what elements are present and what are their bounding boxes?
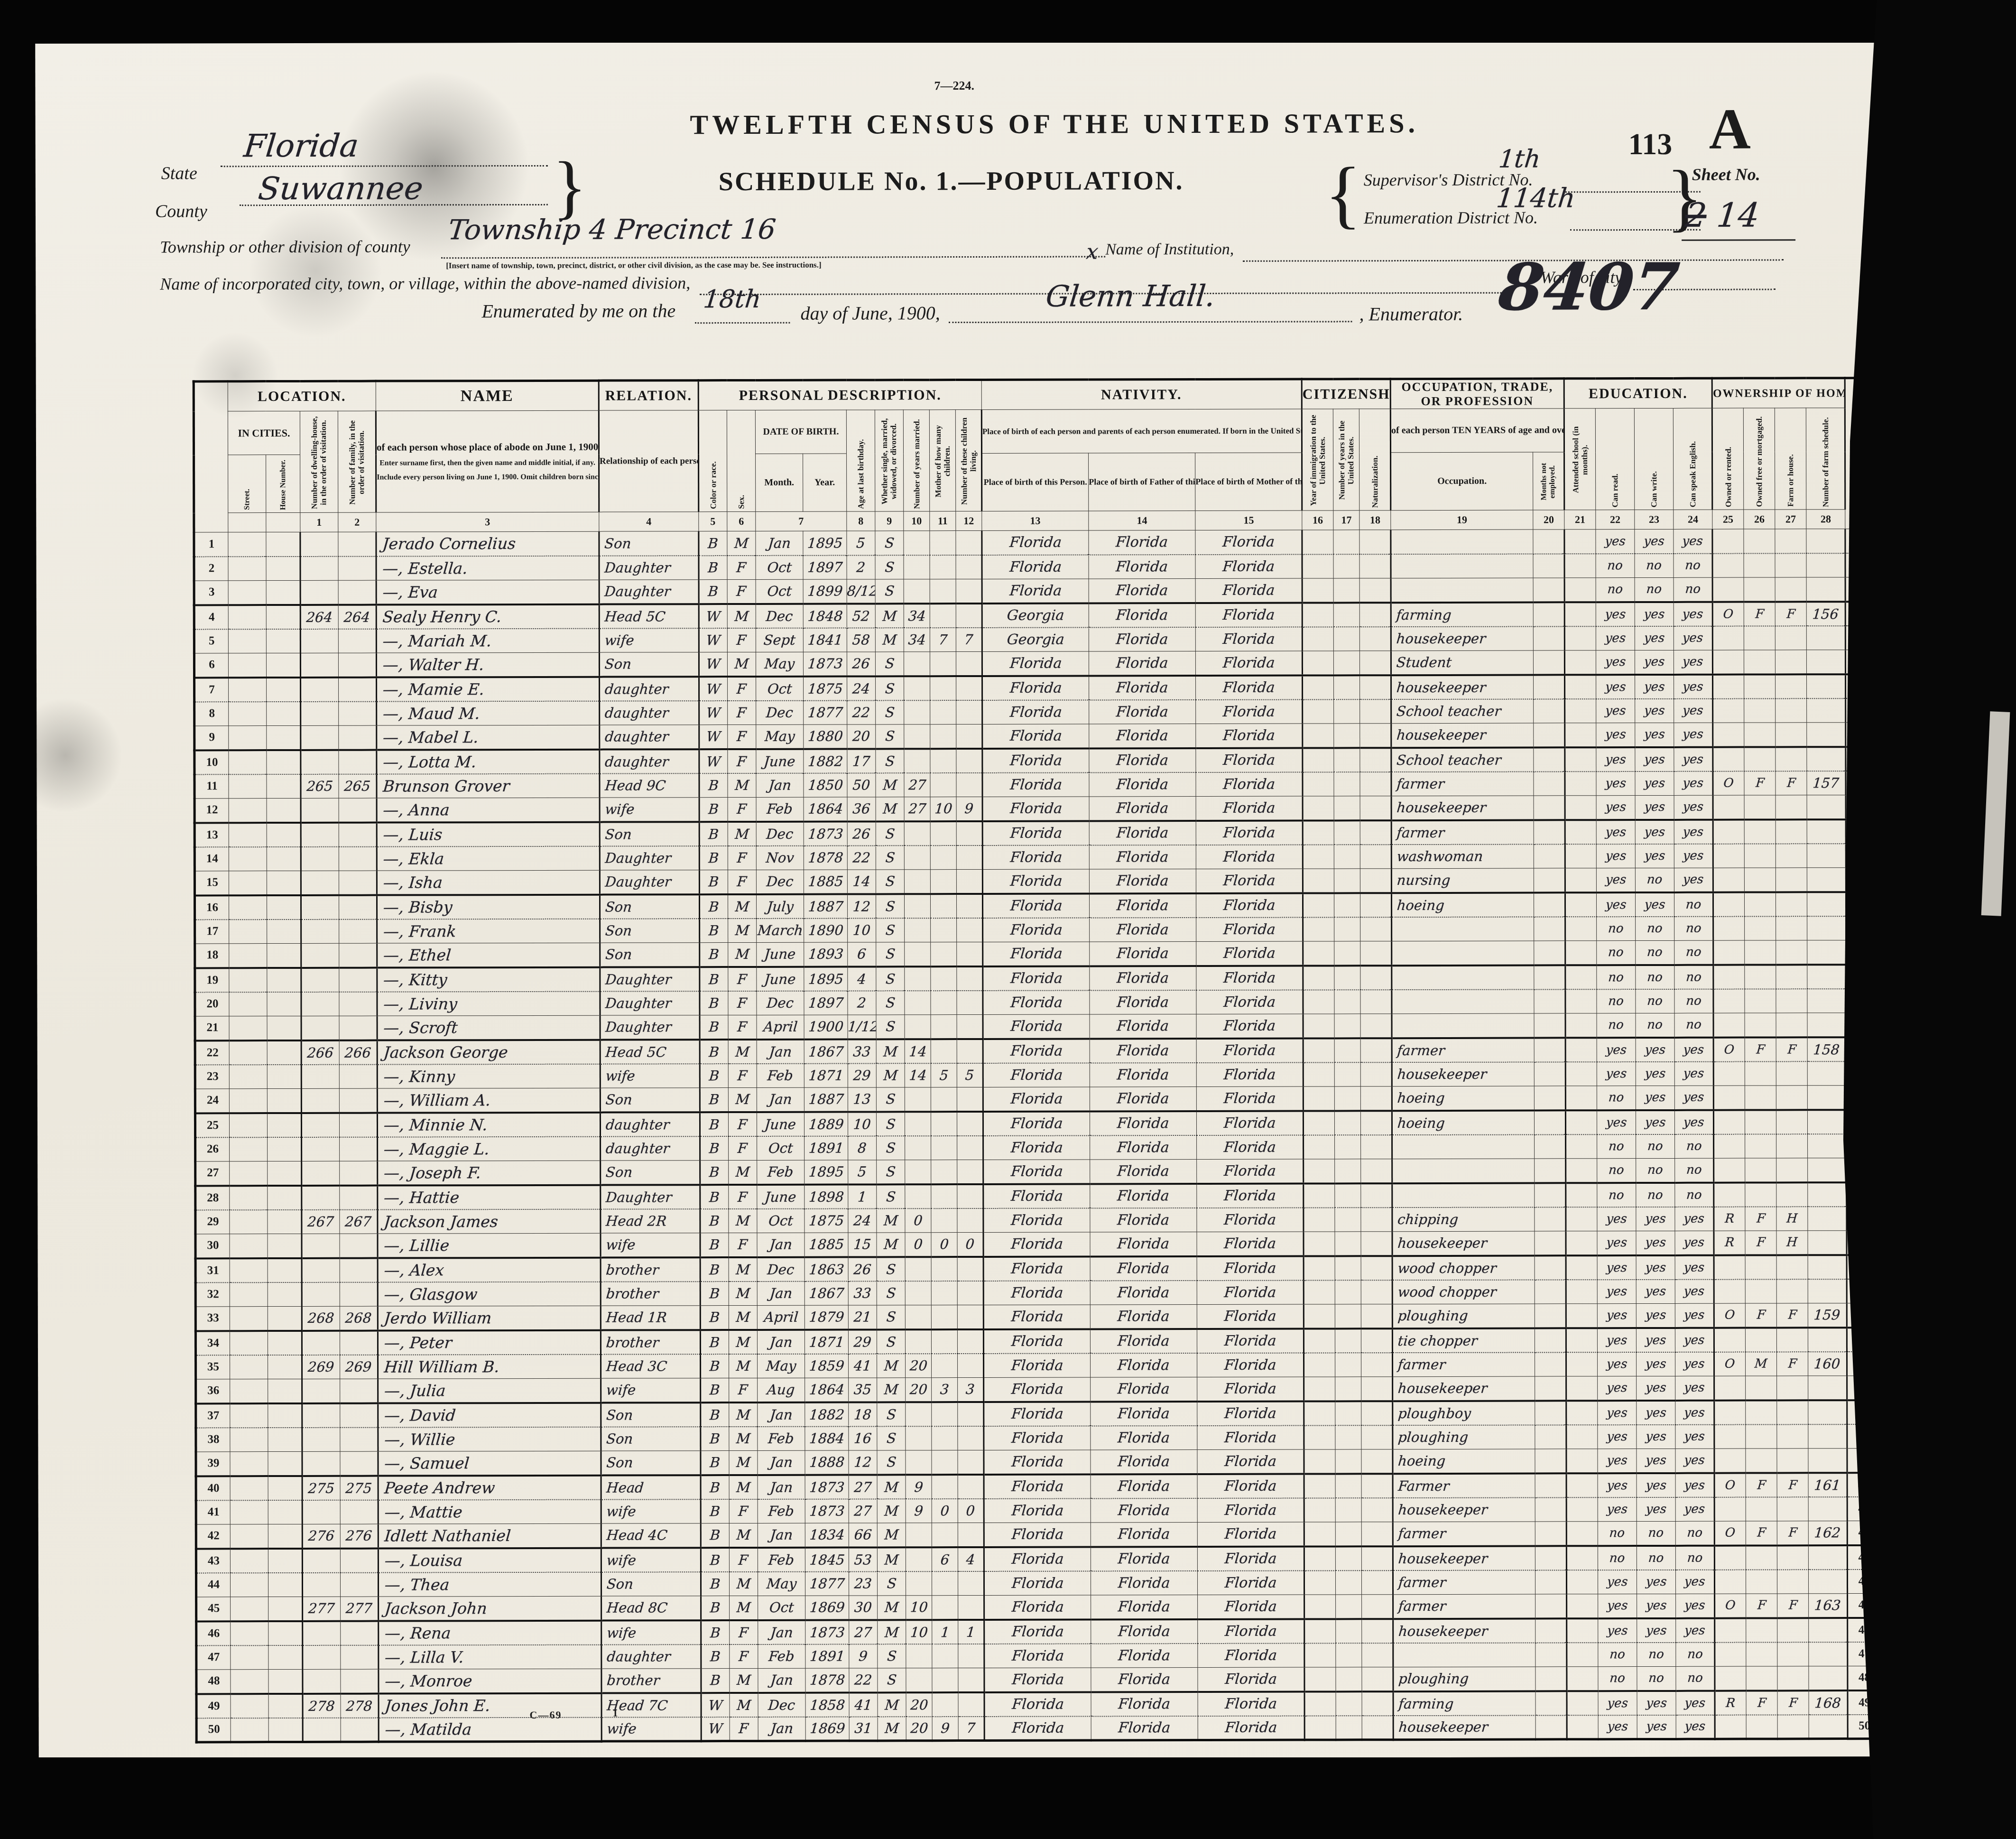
cell-rd: no (1597, 941, 1636, 965)
cell-mn (1534, 917, 1565, 941)
cell-yu (1335, 1449, 1361, 1474)
cell-of (1745, 1158, 1776, 1182)
cell-fs (1809, 1642, 1848, 1666)
cell-mc (930, 676, 956, 700)
cell-rd: yes (1598, 1594, 1637, 1618)
cell-pb: Florida (982, 724, 1089, 748)
cell-race: B (700, 1330, 729, 1354)
cell-as (1565, 747, 1596, 771)
cell-pb: Florida (982, 797, 1089, 821)
cell-en: yes (1674, 626, 1712, 650)
cell-hn (267, 1113, 301, 1137)
cell-mar: S (876, 894, 904, 918)
cell-mc: 9 (932, 1717, 958, 1741)
cell-ow (1712, 626, 1744, 650)
cell-cl (957, 1281, 983, 1305)
cell-na (1361, 1498, 1393, 1522)
cell-sex: M (729, 1523, 758, 1547)
cell-dw (301, 701, 339, 725)
cell-mo: March (757, 918, 804, 942)
cell-pf: Florida (1090, 966, 1196, 990)
cell-mn (1535, 1304, 1566, 1328)
table-row: 19—, KittyDaughterBFJune18954SFloridaFlo… (195, 964, 1880, 992)
cell-wr: no (1636, 1182, 1675, 1207)
cell-mn (1535, 1643, 1567, 1667)
cell-fs: 160 (1808, 1352, 1847, 1376)
cell-fam: 265 (339, 774, 377, 798)
cell-as (1566, 1304, 1597, 1328)
cell-en: yes (1676, 1690, 1715, 1715)
cell-rd: yes (1598, 1570, 1637, 1594)
cell-as (1565, 941, 1597, 965)
cell-fam (338, 653, 376, 677)
institution-label: Name of Institution, (1105, 241, 1234, 259)
cell-num: 40 (196, 1476, 230, 1500)
cell-num: 12 (194, 799, 229, 823)
cell-rel: Head 2R (601, 1209, 700, 1233)
table-row: 32—, GlasgowbrotherBMJan186733SFloridaFl… (195, 1279, 1881, 1306)
col-can-english: Can speak English. (1673, 408, 1712, 510)
cell-age: 31 (849, 1717, 878, 1741)
cell-wr: yes (1635, 650, 1674, 674)
cell-st (229, 968, 267, 992)
group-ownership: OWNERSHIP OF HOME. (1712, 378, 1845, 409)
cell-im (1304, 1304, 1335, 1328)
cell-num: 9 (194, 726, 229, 750)
cell-fs (1806, 553, 1845, 577)
cell-mc (930, 821, 956, 845)
cell-of (1745, 1086, 1776, 1110)
cell-of (1744, 577, 1775, 602)
cell-as (1566, 1425, 1598, 1449)
cell-en: no (1675, 1158, 1714, 1182)
cell-mar: M (877, 1378, 906, 1402)
cell-mc (931, 1305, 957, 1329)
cell-st (229, 992, 267, 1016)
cell-pb: Florida (983, 942, 1090, 966)
cell-dw (301, 750, 339, 774)
cell-mn (1535, 1594, 1567, 1618)
cell-name: —, Maggie L. (378, 1136, 601, 1161)
col-pob-mother: Place of birth of Mother of this person. (1195, 453, 1302, 511)
cell-fs (1808, 1231, 1847, 1255)
cell-ow (1713, 916, 1745, 940)
cell-as (1565, 820, 1596, 844)
cell-na (1360, 699, 1391, 724)
cell-ow: O (1713, 1037, 1745, 1061)
cell-dw: 265 (301, 774, 339, 798)
cell-hn (267, 943, 301, 967)
cell-ym (906, 1523, 932, 1547)
cell-im (1302, 627, 1333, 651)
cell-rel: Son (601, 1451, 701, 1475)
cell-pb: Florida (984, 1377, 1091, 1402)
cell-rd: no (1597, 1134, 1636, 1159)
cell-mo: June (757, 1112, 804, 1136)
cell-mar: S (876, 942, 905, 966)
cell-age: 33 (848, 1039, 876, 1063)
cell-wr: no (1636, 1158, 1675, 1182)
cell-fh (1776, 1110, 1808, 1134)
cell-pb: Florida (984, 1450, 1091, 1474)
cell-fh (1776, 1086, 1807, 1110)
table-row: 44—, TheaSonBMMay187723SFloridaFloridaFl… (196, 1569, 1881, 1597)
column-number: 20 (1533, 510, 1564, 529)
cell-im (1303, 1087, 1334, 1111)
cell-name: —, Liviny (377, 991, 600, 1016)
cell-mc (932, 1571, 958, 1596)
cell-of: F (1744, 771, 1776, 795)
cell-pf: Florida (1089, 651, 1195, 676)
cell-sex: F (729, 1184, 757, 1208)
cell-yu (1336, 1716, 1362, 1740)
cell-pb: Florida (984, 1668, 1091, 1692)
cell-mc: 1 (932, 1620, 958, 1644)
cell-mo: May (758, 1354, 805, 1378)
cell-mar: S (877, 1160, 905, 1184)
cell-ym (906, 1402, 932, 1426)
cell-rd: yes (1596, 723, 1635, 747)
cell-dw (301, 1064, 339, 1088)
cell-mn (1535, 1618, 1567, 1643)
cell-as (1565, 1086, 1597, 1110)
cell-im (1304, 1377, 1335, 1401)
cell-ym (904, 700, 930, 724)
column-number: 27 (1775, 510, 1806, 529)
cell-na (1362, 1667, 1393, 1691)
cell-dw (301, 822, 339, 846)
table-row: 38—, WillieSonBMFeb188416SFloridaFlorida… (196, 1424, 1881, 1451)
cell-mar: S (877, 1305, 905, 1329)
cell-cl: 4 (958, 1547, 984, 1571)
cell-age: 21 (848, 1305, 877, 1329)
cell-pm: Florida (1196, 724, 1303, 748)
column-number: 10 (904, 511, 930, 531)
cell-st (231, 1670, 268, 1694)
cell-age: 1/12 (848, 1015, 876, 1039)
cell-rd: no (1597, 917, 1636, 941)
cell-race: W (699, 701, 728, 725)
cell-yu (1336, 1691, 1362, 1716)
cell-mo: Jan (758, 1523, 805, 1547)
group-personal: PERSONAL DESCRIPTION. (698, 380, 981, 410)
cell-race: B (700, 1015, 728, 1040)
cell-ow (1712, 650, 1744, 674)
cell-of (1745, 1328, 1776, 1352)
cell-hn (268, 1718, 303, 1742)
cell-na (1360, 990, 1392, 1014)
cell-mc: 3 (932, 1378, 958, 1402)
cell-fam: 267 (340, 1209, 378, 1234)
cell-pm: Florida (1196, 893, 1303, 917)
cell-pf: Florida (1090, 1232, 1197, 1256)
cell-fs (1807, 965, 1846, 989)
plate-mark-2: 1 (613, 1707, 619, 1719)
col-farm-schedule: Number of farm schedule. (1806, 408, 1845, 510)
cell-dw (301, 1088, 339, 1113)
cell-rel: brother (601, 1257, 700, 1282)
cell-sex: F (729, 1233, 757, 1257)
col-mother-children: Mother of how many children. (929, 410, 955, 511)
state-label: State (161, 163, 197, 184)
cell-mc (931, 1015, 957, 1039)
cell-cl (958, 1571, 984, 1595)
cell-fh (1776, 965, 1807, 989)
cell-sex: F (729, 1136, 757, 1160)
cell-pf: Florida (1091, 1716, 1198, 1740)
cell-mn (1534, 771, 1565, 796)
cell-as (1567, 1667, 1598, 1691)
cell-yr: 1887 (804, 894, 847, 918)
table-row: 7—, Mamie E.daughterWFOct187524SFloridaF… (194, 674, 1880, 701)
cell-as (1567, 1618, 1598, 1643)
cell-as (1565, 1038, 1597, 1062)
cell-st (229, 702, 267, 726)
cell-en: no (1674, 1013, 1713, 1037)
cell-ow (1714, 1376, 1746, 1400)
cell-of: F (1744, 602, 1775, 626)
cell-ow: R (1714, 1207, 1745, 1231)
cell-pf: Florida (1090, 1087, 1196, 1111)
cell-st (228, 557, 266, 581)
cell-yu (1336, 1595, 1362, 1619)
cell-pf: Florida (1091, 1691, 1198, 1716)
cell-st (231, 1694, 268, 1718)
cell-rd: no (1598, 1522, 1637, 1546)
sheet-value: 2 14 (1683, 196, 1761, 235)
cell-as (1566, 1352, 1598, 1376)
cell-fh (1776, 916, 1807, 940)
cell-rel: Head 3C (601, 1354, 701, 1378)
cell-cl (958, 1595, 984, 1619)
cell-as (1565, 989, 1597, 1013)
table-row: 6—, Walter H.SonWMMay187326SFloridaFlori… (194, 650, 1879, 677)
cell-fs (1809, 1570, 1848, 1594)
table-row: 40275275Peete AndrewHeadBMJan187327M9Flo… (196, 1472, 1881, 1500)
cell-of (1746, 1666, 1777, 1690)
cell-age: 2 (848, 991, 876, 1015)
cell-pb: Florida (983, 990, 1090, 1014)
cell-hn (267, 1064, 301, 1088)
cell-rel: Head 9C (600, 773, 699, 798)
col-attended: Attended school (in months). (1564, 409, 1595, 510)
cell-pm: Florida (1195, 603, 1302, 627)
cell-name: Jackson John (379, 1596, 601, 1621)
cell-as (1564, 626, 1596, 650)
cell-fam (339, 677, 377, 701)
cell-ow (1712, 529, 1744, 553)
cell-fs (1807, 989, 1846, 1013)
cell-occ: housekeeper (1392, 1062, 1534, 1087)
cell-pf: Florida (1089, 724, 1196, 748)
enumerator-name-line (949, 321, 1352, 323)
cell-fam (340, 1185, 378, 1209)
cell-age: 8 (848, 1136, 877, 1160)
cell-pm: Florida (1195, 530, 1302, 554)
cell-sex: F (727, 628, 756, 652)
cell-en: yes (1676, 1715, 1715, 1739)
column-number: 13 (982, 511, 1089, 530)
cell-race: W (699, 749, 728, 773)
cell-yr: 1891 (805, 1644, 849, 1668)
cell-na (1361, 1135, 1392, 1159)
cell-fs: 162 (1808, 1521, 1847, 1545)
cell-num: 31 (195, 1258, 230, 1282)
cell-fh (1776, 795, 1807, 819)
cell-ow: O (1714, 1352, 1746, 1376)
cell-as (1566, 1183, 1597, 1207)
cell-st (230, 1355, 268, 1379)
cell-fam (338, 556, 376, 580)
cell-cl (957, 1039, 983, 1063)
cell-im (1304, 1522, 1335, 1546)
cell-mn (1534, 1013, 1565, 1038)
cell-mo: Jan (758, 1668, 805, 1692)
cell-dw (301, 943, 339, 967)
cell-wr: yes (1635, 723, 1674, 747)
col-pob-father: Place of birth of Father of this person. (1089, 453, 1195, 511)
cell-dw (302, 1451, 340, 1476)
cell-mc (930, 604, 956, 628)
cell-yu (1335, 1522, 1361, 1546)
cell-st (230, 1331, 268, 1355)
cell-mar: S (876, 845, 904, 870)
cell-rd: yes (1598, 1376, 1637, 1401)
cell-age: 26 (847, 652, 875, 676)
cell-ym (904, 870, 930, 894)
cell-yu (1334, 1111, 1360, 1135)
cell-mo: July (756, 894, 804, 918)
cell-race: B (700, 943, 728, 967)
cell-wr: yes (1635, 529, 1674, 553)
cell-yr: 1858 (805, 1692, 849, 1717)
cell-ym (905, 1112, 931, 1136)
cell-ym: 10 (906, 1596, 932, 1620)
cell-fs (1807, 844, 1846, 868)
cell-mn (1535, 1110, 1566, 1134)
cell-occ: ploughing (1393, 1425, 1535, 1449)
cell-rel: daughter (601, 1136, 700, 1161)
cell-pb: Florida (983, 1135, 1090, 1160)
cell-occ: housekeeper (1392, 1231, 1535, 1256)
cell-hn (267, 798, 301, 822)
cell-yr: 1845 (805, 1547, 849, 1571)
cell-cl (956, 869, 982, 893)
cell-sex: M (729, 1571, 758, 1596)
cell-cl (956, 845, 982, 869)
cell-wr: no (1635, 553, 1674, 577)
cell-rd: yes (1597, 1304, 1636, 1328)
cell-hn (267, 846, 301, 871)
cell-st (230, 1476, 268, 1500)
cell-fh: F (1777, 1594, 1809, 1618)
cell-na (1361, 1377, 1393, 1401)
cell-num: 5 (194, 629, 228, 653)
cell-age: 9 (849, 1644, 878, 1668)
cell-cl: 7 (958, 1716, 984, 1740)
cell-ow (1714, 1328, 1745, 1352)
cell-st (229, 799, 267, 823)
cell-ow (1713, 1061, 1745, 1086)
cell-im (1304, 1232, 1335, 1256)
cell-race: B (700, 991, 728, 1015)
cell-age: 5 (847, 531, 875, 555)
cell-im (1303, 699, 1334, 724)
cell-mar: S (876, 1112, 905, 1136)
cell-fh (1775, 529, 1806, 553)
cell-fs (1808, 1424, 1847, 1449)
cell-num: 48 (196, 1670, 231, 1694)
cell-num: 22 (195, 1040, 229, 1065)
cell-pb: Florida (983, 1208, 1090, 1232)
cell-fam (339, 701, 377, 725)
cell-pb: Florida (983, 1232, 1090, 1256)
cell-yr: 1873 (805, 1475, 849, 1499)
cell-hn (266, 604, 300, 629)
cell-na (1361, 1474, 1393, 1498)
supervisor-value: 1th (1498, 145, 1542, 173)
cell-rel: Son (600, 1088, 700, 1112)
cell-yr: 1882 (805, 1402, 849, 1426)
cell-mar: S (877, 1184, 905, 1208)
cell-num: 28 (195, 1186, 230, 1210)
cell-hn (268, 1306, 302, 1330)
cell-fs (1807, 868, 1846, 892)
cell-as (1566, 1255, 1597, 1280)
cell-ym (906, 1571, 932, 1596)
cell-wr: yes (1637, 1376, 1675, 1400)
cell-mo: Feb (758, 1499, 805, 1523)
institution-value: x (1085, 240, 1100, 264)
table-row: 43—, LouisawifeBFFeb184553M64FloridaFlor… (196, 1545, 1881, 1572)
cell-fh (1775, 650, 1806, 674)
col-years-us: Number of years in the United States. (1333, 409, 1359, 511)
brace-district-left: { (1325, 150, 1361, 238)
cell-fam (339, 798, 377, 822)
cell-age: 41 (849, 1354, 877, 1378)
cell-rd: yes (1598, 1401, 1637, 1425)
cell-pm: Florida (1196, 1014, 1303, 1038)
cell-fh (1776, 940, 1807, 965)
cell-wr: yes (1635, 602, 1674, 626)
cell-mo: Jan (756, 773, 804, 797)
cell-num: 18 (195, 944, 229, 968)
cell-pf: Florida (1089, 676, 1196, 700)
cell-num: 49 (196, 1694, 231, 1718)
col-occupation: Occupation. (1391, 452, 1533, 511)
cell-pb: Florida (982, 821, 1089, 845)
cell-st (230, 1524, 268, 1549)
cell-mo: June (756, 749, 804, 773)
cell-rel: Head 5C (600, 1040, 700, 1064)
sheet-line (1682, 239, 1795, 241)
cell-yr: 1893 (804, 942, 848, 966)
cell-im (1304, 1328, 1335, 1353)
cell-pm: Florida (1196, 990, 1303, 1014)
cell-pf: Florida (1090, 1159, 1197, 1183)
sheet-old-value: 2 (1683, 196, 1709, 235)
cell-race: B (700, 967, 728, 991)
cell-pm: Florida (1195, 578, 1302, 603)
cell-cl (957, 1305, 983, 1329)
cell-pm: Florida (1196, 699, 1303, 724)
cell-name: —, Ethel (377, 943, 600, 967)
cell-pf: Florida (1091, 1570, 1198, 1595)
cell-occ: tie chopper (1392, 1328, 1535, 1353)
name-description: of each person whose place of abode on J… (376, 410, 599, 512)
cell-cl (956, 893, 982, 918)
cell-im (1302, 651, 1333, 675)
